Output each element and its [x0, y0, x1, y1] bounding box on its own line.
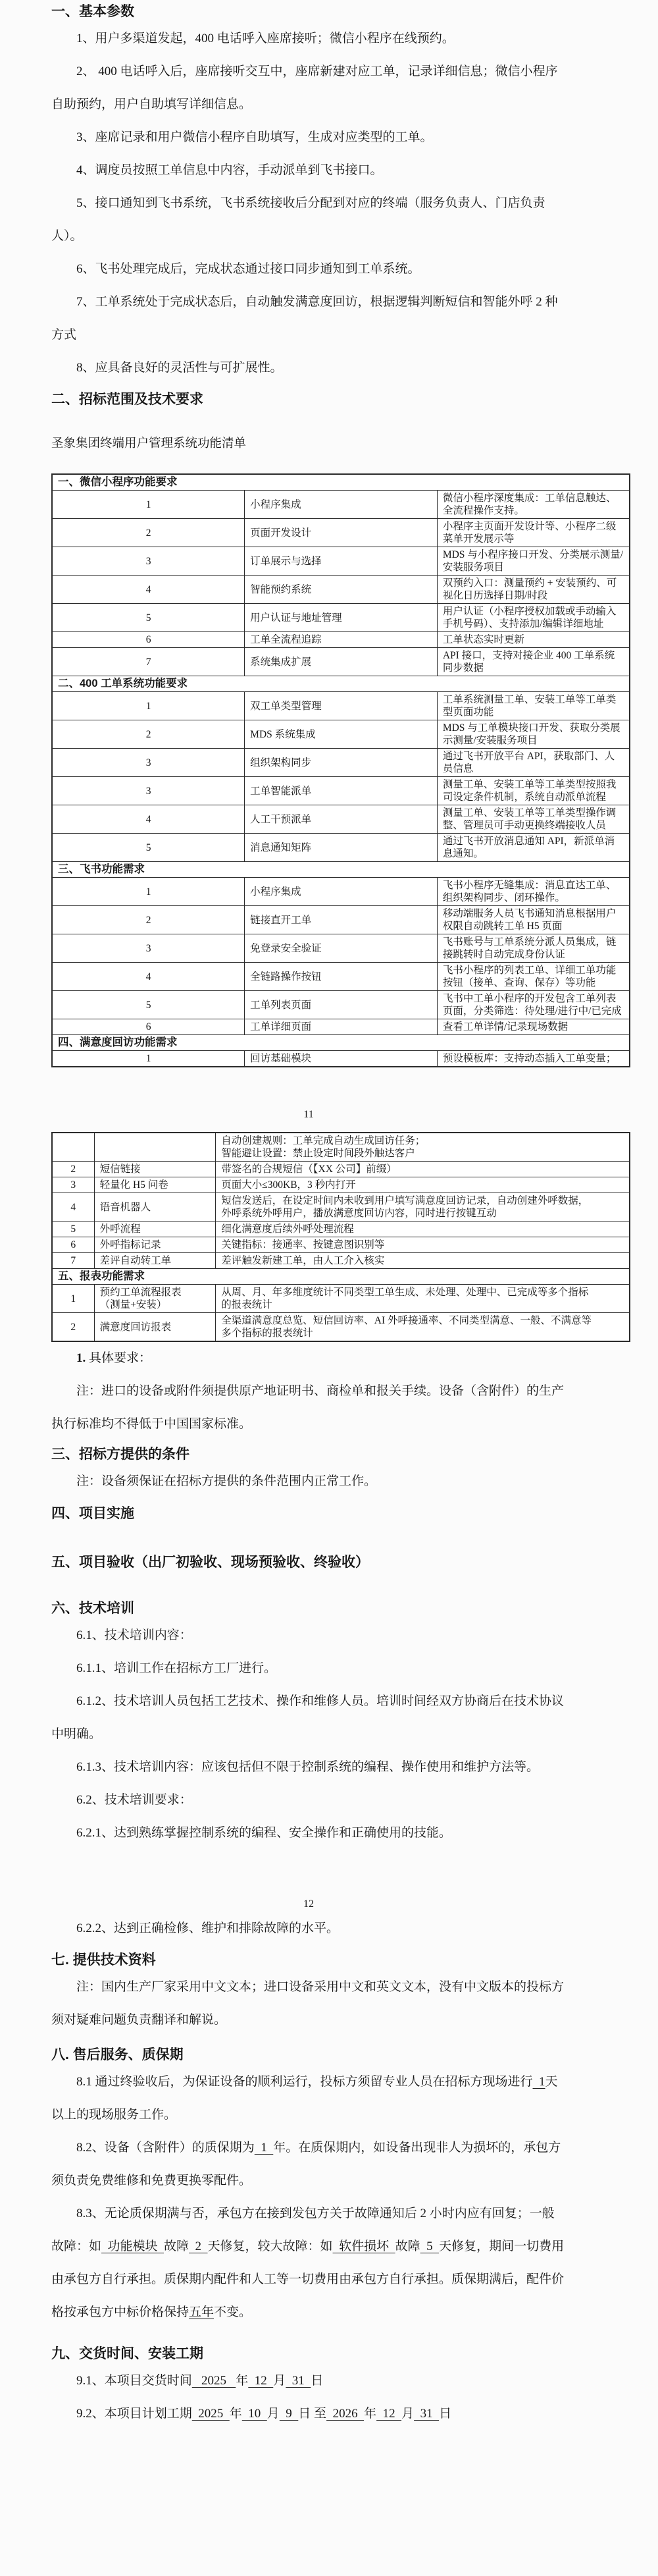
- cell-line: 6: [58, 633, 239, 646]
- feature-desc-cell: 预设模板库：支持动态插入工单变量；: [437, 1051, 630, 1067]
- cell-line: 轻量化 H5 问卷: [100, 1179, 211, 1191]
- feature-desc-cell: 飞书小程序的列表工单、详细工单功能按钮（接单、查询、保存）等功能: [437, 963, 630, 991]
- row-number-cell: 4: [52, 576, 245, 604]
- text-segment: 日 至: [298, 2407, 326, 2421]
- para-basic-2: 2、 400 电话呼入后，座席接听交互中，座席新建对应工单，记录详细信息；微信小…: [51, 55, 566, 121]
- text-segment: 月: [267, 2407, 280, 2421]
- blank-underline-value: 五年: [189, 2305, 214, 2319]
- row-number-cell: 1: [52, 1051, 245, 1067]
- feature-desc-cell: 短信发送后，在设定时间内未收到用户填写满意度回访记录，自动创建外呼数据，外呼系统…: [216, 1193, 630, 1221]
- text-segment: 年: [230, 2407, 242, 2421]
- cell-line: 3: [58, 785, 239, 797]
- cell-line: 2: [58, 1163, 89, 1175]
- cell-line: 多个指标的报表统计: [221, 1327, 624, 1339]
- table-row: 自动创建规则：工单完成自动生成回访任务；智能避让设置：禁止设定时间段外触达客户: [52, 1133, 630, 1162]
- feature-desc-cell: 测量工单、安装工单等工单类型按照我司设定条件机制，系统自动派单流程: [437, 777, 630, 805]
- note-condition: 注：设备须保证在招标方提供的条件范围内正常工作。: [51, 1465, 566, 1498]
- feature-name-cell: 双工单类型管理: [245, 692, 438, 720]
- cell-line: 预约工单流程报表: [100, 1286, 211, 1299]
- cell-line: 小程序集成: [250, 498, 432, 511]
- heading-aftersales: 八. 售后服务、质保期: [51, 2045, 617, 2066]
- para-basic-8: 8、应具备良好的灵活性与可扩展性。: [51, 352, 566, 385]
- cell-line: 5: [58, 842, 239, 854]
- feature-desc-cell: MDS 与小程序接口开发、分类展示测量/安装服务项目: [437, 547, 630, 576]
- text-segment: 1.: [76, 1351, 89, 1365]
- row-number-cell: 3: [52, 749, 245, 777]
- row-number-cell: 3: [52, 547, 245, 576]
- text-segment: 8.2、设备（含附件）的质保期为: [76, 2141, 255, 2155]
- table-section-row: 五、报表功能需求: [52, 1269, 630, 1285]
- table-row: 5消息通知矩阵通过飞书开放消息通知 API，新派单消息通知。: [52, 834, 630, 862]
- blank-underline-value: 31: [414, 2407, 439, 2421]
- feature-name-cell: 短信链接: [94, 1162, 216, 1177]
- cell-line: 带签名的合规短信（【XX 公司】前缀）: [221, 1163, 624, 1175]
- cell-line: 小程序主页面开发设计等、小程序二级菜单开发展示等: [443, 520, 624, 545]
- page-number-11: 11: [51, 1107, 566, 1123]
- document-page: 一、基本参数 1、用户多渠道发起，400 电话呼入座席接听；微信小程序在线预约。…: [0, 1, 658, 2430]
- text-segment: 9.1、本项目交货时间: [76, 2374, 192, 2388]
- heading-conditions: 三、招标方提供的条件: [51, 1444, 617, 1465]
- table-section-row: 一、微信小程序功能要求: [52, 474, 630, 491]
- table-caption: 圣象集团终端用户管理系统功能清单: [51, 434, 566, 454]
- feature-name-cell: 小程序集成: [245, 491, 438, 519]
- feature-desc-cell: 移动端服务人员飞书通知消息根据用户权限自动跳转工单 H5 页面: [437, 906, 630, 934]
- row-number-cell: 5: [52, 991, 245, 1019]
- cell-line: 链接直开工单: [250, 914, 432, 926]
- feature-name-cell: 回访基础模块: [245, 1051, 438, 1067]
- row-number-cell: 7: [52, 1253, 94, 1269]
- blank-underline-value: 9: [280, 2407, 299, 2421]
- row-number-cell: 1: [52, 491, 245, 519]
- row-number-cell: 4: [52, 963, 245, 991]
- cell-line: 飞书账号与工单系统分派人员集成，链接跳转时自动完成身份认证: [443, 936, 624, 961]
- cell-line: 1: [58, 498, 239, 511]
- cell-line: 用户认证与地址管理: [250, 612, 432, 624]
- section-header-cell: 三、飞书功能需求: [52, 862, 630, 878]
- para-delivery-9-2: 9.2、本项目计划工期 2025 年 10 月 9 日 至 2026 年 12 …: [51, 2398, 566, 2430]
- para-basic-4: 4、调度员按照工单信息中内容，手动派单到飞书接口。: [51, 154, 566, 187]
- row-number-cell: 7: [52, 648, 245, 676]
- feature-name-cell: 工单详细页面: [245, 1019, 438, 1035]
- feature-name-cell: 外呼流程: [94, 1221, 216, 1237]
- cell-line: 6: [58, 1021, 239, 1033]
- row-number-cell: 1: [52, 692, 245, 720]
- cell-line: 3: [58, 555, 239, 568]
- section-header-cell: 二、400 工单系统功能要求: [52, 676, 630, 692]
- text-segment: 不变。: [214, 2305, 251, 2319]
- cell-line: 7: [58, 656, 239, 668]
- cell-line: 差评自动转工单: [100, 1254, 211, 1267]
- feature-name-cell: 工单列表页面: [245, 991, 438, 1019]
- cell-line: 系统集成扩展: [250, 656, 432, 668]
- feature-desc-cell: 查看工单详情/记录现场数据: [437, 1019, 630, 1035]
- table-section-row: 四、满意度回访功能需求: [52, 1035, 630, 1051]
- feature-name-cell: 系统集成扩展: [245, 648, 438, 676]
- blank-underline-value: 2026: [326, 2407, 364, 2421]
- table-row: 2MDS 系统集成MDS 与工单模块接口开发、获取分类展示测量/安装服务项目: [52, 720, 630, 749]
- para-training-6-2-2: 6.2.2、达到正确检修、维护和排除故障的水平。: [51, 1912, 566, 1945]
- table-row: 5工单列表页面飞书中工单小程序的开发包含工单列表页面，分类筛选：待处理/进行中/…: [52, 991, 630, 1019]
- cell-line: 短信发送后，在设定时间内未收到用户填写满意度回访记录，自动创建外呼数据，: [221, 1194, 624, 1207]
- cell-line: 关键指标：接通率、按键意图识别等: [221, 1239, 624, 1251]
- feature-name-cell: 轻量化 H5 问卷: [94, 1177, 216, 1193]
- feature-name-cell: 链接直开工单: [245, 906, 438, 934]
- page-number-12: 12: [51, 1896, 566, 1912]
- cell-line: 细化满意度后续外呼处理流程: [221, 1223, 624, 1235]
- blank-underline-value: 10: [242, 2407, 267, 2421]
- cell-line: 1: [58, 886, 239, 898]
- cell-line: 5: [58, 612, 239, 624]
- table-row: 5外呼流程细化满意度后续外呼处理流程: [52, 1221, 630, 1237]
- para-training-6-2: 6.2、技术培训要求：: [51, 1784, 566, 1817]
- feature-name-cell: 页面开发设计: [245, 519, 438, 547]
- table-row: 3免登录安全验证飞书账号与工单系统分派人员集成，链接跳转时自动完成身份认证: [52, 934, 630, 963]
- note-import-equipment: 注：进口的设备或附件须提供原产地证明书、商检单和报关手续。设备（含附件）的生产执…: [51, 1375, 566, 1441]
- cell-line: 全渠道满意度总览、短信回访率、AI 外呼接通率、不同类型满意、一般、不满意等: [221, 1314, 624, 1327]
- cell-line: 工单系统测量工单、安装工单等工单类型页面功能: [443, 693, 624, 718]
- cell-line: 7: [58, 1254, 89, 1267]
- para-basic-1: 1、用户多渠道发起，400 电话呼入座席接听；微信小程序在线预约。: [51, 22, 566, 55]
- cell-line: 双预约入口：测量预约 + 安装预约、可视化日历选择日期/时段: [443, 577, 624, 602]
- para-training-6-1: 6.1、技术培训内容：: [51, 1619, 566, 1652]
- cell-line: 工单全流程追踪: [250, 633, 432, 646]
- blank-underline-value: 1: [255, 2141, 274, 2155]
- cell-line: MDS 与小程序接口开发、分类展示测量/安装服务项目: [443, 549, 624, 574]
- feature-desc-cell: 飞书账号与工单系统分派人员集成，链接跳转时自动完成身份认证: [437, 934, 630, 963]
- feature-name-cell: 差评自动转工单: [94, 1253, 216, 1269]
- table-row: 3订单展示与选择MDS 与小程序接口开发、分类展示测量/安装服务项目: [52, 547, 630, 576]
- blank-underline-value: 2025: [192, 2374, 236, 2388]
- heading-basic-params: 一、基本参数: [51, 1, 617, 22]
- cell-line: 人工干预派单: [250, 813, 432, 826]
- feature-name-cell: 人工干预派单: [245, 805, 438, 834]
- feature-name-cell: 小程序集成: [245, 878, 438, 906]
- cell-line: 飞书小程序的列表工单、详细工单功能按钮（接单、查询、保存）等功能: [443, 964, 624, 989]
- cell-line: MDS 系统集成: [250, 728, 432, 741]
- cell-line: 全链路操作按钮: [250, 971, 432, 983]
- table-row: 1小程序集成飞书小程序无缝集成：消息直达工单、组织架构同步、闭环操作。: [52, 878, 630, 906]
- row-number-cell: 3: [52, 1177, 94, 1193]
- table-row: 3组织架构同步通过飞书开放平台 API，获取部门、人员信息: [52, 749, 630, 777]
- para-basic-6: 6、飞书处理完成后，完成状态通过接口同步通知到工单系统。: [51, 253, 566, 286]
- feature-name-cell: 全链路操作按钮: [245, 963, 438, 991]
- feature-desc-cell: 自动创建规则：工单完成自动生成回访任务；智能避让设置：禁止设定时间段外触达客户: [216, 1133, 630, 1162]
- feature-name-cell: 工单智能派单: [245, 777, 438, 805]
- cell-line: 智能避让设置：禁止设定时间段外触达客户: [221, 1147, 624, 1160]
- text-segment: 8.1 通过终验收后，为保证设备的顺利运行，投标方须留专业人员在招标方现场进行: [76, 2075, 533, 2089]
- cell-line: 1: [58, 700, 239, 712]
- para-detail-requirements: 1. 具体要求：: [51, 1342, 566, 1375]
- section-header-cell: 四、满意度回访功能需求: [52, 1035, 630, 1051]
- cell-line: 2: [58, 1321, 89, 1333]
- text-segment: 月: [273, 2374, 286, 2388]
- feature-desc-cell: 飞书中工单小程序的开发包含工单列表页面，分类筛选：待处理/进行中/已完成: [437, 991, 630, 1019]
- heading-acceptance: 五、项目验收（出厂初验收、现场预验收、终验收）: [51, 1552, 617, 1573]
- feature-desc-cell: 用户认证（小程序授权加载或手动输入手机号码）、支持添加/编辑详细地址: [437, 604, 630, 632]
- cell-line: 5: [58, 1223, 89, 1235]
- feature-name-cell: 语音机器人: [94, 1193, 216, 1221]
- feature-name-cell: 智能预约系统: [245, 576, 438, 604]
- table-row: 7差评自动转工单差评触发新建工单，由人工介入核实: [52, 1253, 630, 1269]
- table-row: 6工单详细页面查看工单详情/记录现场数据: [52, 1019, 630, 1035]
- feature-name-cell: MDS 系统集成: [245, 720, 438, 749]
- row-number-cell: 2: [52, 1313, 94, 1342]
- cell-line: 4: [58, 971, 239, 983]
- table-section-row: 三、飞书功能需求: [52, 862, 630, 878]
- text-segment: 故障: [395, 2240, 420, 2253]
- row-number-cell: 2: [52, 720, 245, 749]
- text-segment: 日: [439, 2407, 451, 2421]
- table-row: 6工单全流程追踪工单状态实时更新: [52, 632, 630, 648]
- row-number-cell: 5: [52, 604, 245, 632]
- para-training-6-2-1: 6.2.1、达到熟练掌握控制系统的编程、安全操作和正确使用的技能。: [51, 1817, 566, 1850]
- section-header-cell: 一、微信小程序功能要求: [52, 474, 630, 491]
- blank-underline-value: 12: [248, 2374, 273, 2388]
- heading-training: 六、技术培训: [51, 1598, 617, 1619]
- table-row: 1双工单类型管理工单系统测量工单、安装工单等工单类型页面功能: [52, 692, 630, 720]
- table-row: 4智能预约系统双预约入口：测量预约 + 安装预约、可视化日历选择日期/时段: [52, 576, 630, 604]
- blank-underline-value: 功能模块: [101, 2240, 164, 2253]
- table-row: 1回访基础模块预设模板库：支持动态插入工单变量；: [52, 1051, 630, 1067]
- cell-line: 6: [58, 1239, 89, 1251]
- row-number-cell: 3: [52, 934, 245, 963]
- cell-line: 通过飞书开放消息通知 API，新派单消息通知。: [443, 835, 624, 860]
- cell-line: 2: [58, 527, 239, 539]
- feature-desc-cell: 关键指标：接通率、按键意图识别等: [216, 1237, 630, 1253]
- table-row: 7系统集成扩展API 接口，支持对接企业 400 工单系统同步数据: [52, 648, 630, 676]
- cell-line: 移动端服务人员飞书通知消息根据用户权限自动跳转工单 H5 页面: [443, 907, 624, 932]
- blank-underline-value: 5: [420, 2240, 440, 2253]
- cell-line: 测量工单、安装工单等工单类型操作调整、管理员可手动更换终端接收人员: [443, 807, 624, 832]
- para-basic-3: 3、座席记录和用户微信小程序自助填写，生成对应类型的工单。: [51, 121, 566, 154]
- row-number-cell: 2: [52, 519, 245, 547]
- table-row: 2链接直开工单移动端服务人员飞书通知消息根据用户权限自动跳转工单 H5 页面: [52, 906, 630, 934]
- feature-desc-cell: MDS 与工单模块接口开发、获取分类展示测量/安装服务项目: [437, 720, 630, 749]
- functions-table-2: 自动创建规则：工单完成自动生成回访任务；智能避让设置：禁止设定时间段外触达客户2…: [51, 1132, 630, 1342]
- feature-desc-cell: 页面大小≤300KB，3 秒内打开: [216, 1177, 630, 1193]
- row-number-cell: [52, 1133, 94, 1162]
- blank-underline-value: 软件损坏: [333, 2240, 395, 2253]
- row-number-cell: 2: [52, 906, 245, 934]
- cell-line: 3: [58, 942, 239, 955]
- row-number-cell: 5: [52, 834, 245, 862]
- feature-desc-cell: 测量工单、安装工单等工单类型操作调整、管理员可手动更换终端接收人员: [437, 805, 630, 834]
- feature-desc-cell: API 接口，支持对接企业 400 工单系统同步数据: [437, 648, 630, 676]
- feature-desc-cell: 微信小程序深度集成：工单信息触达、全流程操作支持。: [437, 491, 630, 519]
- cell-line: 1: [58, 1052, 239, 1065]
- blank-underline-value: 1: [533, 2075, 545, 2089]
- cell-line: 预设模板库：支持动态插入工单变量；: [443, 1052, 624, 1065]
- heading-implementation: 四、项目实施: [51, 1503, 617, 1524]
- section-header-cell: 五、报表功能需求: [52, 1269, 630, 1285]
- row-number-cell: 4: [52, 805, 245, 834]
- text-segment: 年: [364, 2407, 376, 2421]
- cell-line: 消息通知矩阵: [250, 842, 432, 854]
- row-number-cell: 1: [52, 1285, 94, 1313]
- cell-line: 小程序集成: [250, 886, 432, 898]
- feature-name-cell: 用户认证与地址管理: [245, 604, 438, 632]
- note-technical-docs: 注：国内生产厂家采用中文文本；进口设备采用中文和英文文本，没有中文版本的投标方须…: [51, 1971, 566, 2037]
- cell-line: 免登录安全验证: [250, 942, 432, 955]
- functions-table-1: 一、微信小程序功能要求1小程序集成微信小程序深度集成：工单信息触达、全流程操作支…: [51, 473, 630, 1067]
- feature-desc-cell: 飞书小程序无缝集成：消息直达工单、组织架构同步、闭环操作。: [437, 878, 630, 906]
- table-section-row: 二、400 工单系统功能要求: [52, 676, 630, 692]
- table-row: 5用户认证与地址管理用户认证（小程序授权加载或手动输入手机号码）、支持添加/编辑…: [52, 604, 630, 632]
- heading-technical-docs: 七. 提供技术资料: [51, 1950, 617, 1971]
- para-basic-7: 7、工单系统处于完成状态后，自动触发满意度回访，根据逻辑判断短信和智能外呼 2 …: [51, 286, 566, 352]
- table-row: 3工单智能派单测量工单、安装工单等工单类型按照我司设定条件机制，系统自动派单流程: [52, 777, 630, 805]
- feature-name-cell: 预约工单流程报表（测量+安装）: [94, 1285, 216, 1313]
- cell-line: 通过飞书开放平台 API，获取部门、人员信息: [443, 750, 624, 775]
- cell-line: 的报表统计: [221, 1299, 624, 1311]
- text-segment: 年: [236, 2374, 248, 2388]
- cell-line: 外呼系统外呼用户，播放满意度回访内容，同时进行按键互动: [221, 1207, 624, 1220]
- cell-line: 4: [58, 813, 239, 826]
- row-number-cell: 6: [52, 1019, 245, 1035]
- cell-line: API 接口，支持对接企业 400 工单系统同步数据: [443, 649, 624, 674]
- cell-line: 5: [58, 999, 239, 1011]
- cell-line: 工单状态实时更新: [443, 633, 624, 646]
- cell-line: 外呼流程: [100, 1223, 211, 1235]
- para-delivery-9-1: 9.1、本项目交货时间 2025 年 12 月 31 日: [51, 2365, 566, 2398]
- table-row: 3轻量化 H5 问卷页面大小≤300KB，3 秒内打开: [52, 1177, 630, 1193]
- feature-desc-cell: 差评触发新建工单，由人工介入核实: [216, 1253, 630, 1269]
- cell-line: 从周、月、年多维度统计不同类型工单生成、未处理、处理中、已完成等多个指标: [221, 1286, 624, 1299]
- feature-desc-cell: 带签名的合规短信（【XX 公司】前缀）: [216, 1162, 630, 1177]
- cell-line: 语音机器人: [100, 1201, 211, 1214]
- table-row: 4全链路操作按钮飞书小程序的列表工单、详细工单功能按钮（接单、查询、保存）等功能: [52, 963, 630, 991]
- table-row: 2满意度回访报表全渠道满意度总览、短信回访率、AI 外呼接通率、不同类型满意、一…: [52, 1313, 630, 1342]
- cell-line: 测量工单、安装工单等工单类型按照我司设定条件机制，系统自动派单流程: [443, 778, 624, 803]
- table-row: 1小程序集成微信小程序深度集成：工单信息触达、全流程操作支持。: [52, 491, 630, 519]
- feature-name-cell: [94, 1133, 216, 1162]
- feature-name-cell: 工单全流程追踪: [245, 632, 438, 648]
- blank-underline-value: 2: [189, 2240, 208, 2253]
- cell-line: 自动创建规则：工单完成自动生成回访任务；: [221, 1135, 624, 1147]
- feature-desc-cell: 工单状态实时更新: [437, 632, 630, 648]
- para-aftersales-8-2: 8.2、设备（含附件）的质保期为 1 年。在质保期内，如设备出现非人为损坏的，承…: [51, 2132, 566, 2197]
- cell-line: （测量+安装）: [100, 1299, 211, 1311]
- blank-underline-value: 31: [286, 2374, 311, 2388]
- para-training-6-1-1: 6.1.1、培训工作在招标方工厂进行。: [51, 1652, 566, 1685]
- feature-desc-cell: 双预约入口：测量预约 + 安装预约、可视化日历选择日期/时段: [437, 576, 630, 604]
- cell-line: 2: [58, 914, 239, 926]
- heading-delivery: 九、交货时间、安装工期: [51, 2344, 617, 2365]
- cell-line: 工单智能派单: [250, 785, 432, 797]
- feature-name-cell: 免登录安全验证: [245, 934, 438, 963]
- table-row: 1预约工单流程报表（测量+安装）从周、月、年多维度统计不同类型工单生成、未处理、…: [52, 1285, 630, 1313]
- feature-desc-cell: 通过飞书开放消息通知 API，新派单消息通知。: [437, 834, 630, 862]
- cell-line: 查看工单详情/记录现场数据: [443, 1021, 624, 1033]
- cell-line: 满意度回访报表: [100, 1321, 211, 1333]
- row-number-cell: 2: [52, 1162, 94, 1177]
- cell-line: 3: [58, 1179, 89, 1191]
- cell-line: 页面大小≤300KB，3 秒内打开: [221, 1179, 624, 1191]
- text-segment: 9.2、本项目计划工期: [76, 2407, 192, 2421]
- blank-underline-value: 12: [376, 2407, 401, 2421]
- cell-line: 3: [58, 757, 239, 769]
- cell-line: 差评触发新建工单，由人工介入核实: [221, 1254, 624, 1267]
- table-row: 2短信链接带签名的合规短信（【XX 公司】前缀）: [52, 1162, 630, 1177]
- cell-line: 智能预约系统: [250, 583, 432, 596]
- text-segment: 天修复，较大故障：如: [208, 2240, 333, 2253]
- cell-line: 1: [58, 1293, 89, 1305]
- para-aftersales-8-1: 8.1 通过终验收后，为保证设备的顺利运行，投标方须留专业人员在招标方现场进行 …: [51, 2066, 566, 2132]
- table-row: 2页面开发设计小程序主页面开发设计等、小程序二级菜单开发展示等: [52, 519, 630, 547]
- feature-name-cell: 订单展示与选择: [245, 547, 438, 576]
- cell-line: 双工单类型管理: [250, 700, 432, 712]
- cell-line: 用户认证（小程序授权加载或手动输入手机号码）、支持添加/编辑详细地址: [443, 605, 624, 630]
- para-aftersales-8-3: 8.3、无论质保期满与否，承包方在接到发包方关于故障通知后 2 小时内应有回复；…: [51, 2197, 566, 2329]
- cell-line: 工单列表页面: [250, 999, 432, 1011]
- cell-line: 订单展示与选择: [250, 555, 432, 568]
- table-row: 4人工干预派单测量工单、安装工单等工单类型操作调整、管理员可手动更换终端接收人员: [52, 805, 630, 834]
- heading-scope: 二、招标范围及技术要求: [51, 389, 617, 410]
- cell-line: 工单详细页面: [250, 1021, 432, 1033]
- cell-line: 组织架构同步: [250, 757, 432, 769]
- row-number-cell: 5: [52, 1221, 94, 1237]
- feature-name-cell: 满意度回访报表: [94, 1313, 216, 1342]
- text-segment: 故障: [164, 2240, 189, 2253]
- para-training-6-1-2: 6.1.2、技术培训人员包括工艺技术、操作和维修人员。培训时间经双方协商后在技术…: [51, 1685, 566, 1751]
- blank-underline-value: 2025: [192, 2407, 230, 2421]
- cell-line: MDS 与工单模块接口开发、获取分类展示测量/安装服务项目: [443, 722, 624, 747]
- cell-line: 回访基础模块: [250, 1052, 432, 1065]
- text-segment: 月: [401, 2407, 414, 2421]
- table-row: 6外呼指标记录关键指标：接通率、按键意图识别等: [52, 1237, 630, 1253]
- cell-line: 4: [58, 1201, 89, 1214]
- para-basic-5: 5、接口通知到飞书系统，飞书系统接收后分配到对应的终端（服务负责人、门店负责人）…: [51, 187, 566, 253]
- feature-desc-cell: 通过飞书开放平台 API，获取部门、人员信息: [437, 749, 630, 777]
- row-number-cell: 1: [52, 878, 245, 906]
- cell-line: 2: [58, 728, 239, 741]
- cell-line: 4: [58, 583, 239, 596]
- text-segment: 具体要求：: [89, 1351, 151, 1365]
- feature-name-cell: 外呼指标记录: [94, 1237, 216, 1253]
- feature-desc-cell: 全渠道满意度总览、短信回访率、AI 外呼接通率、不同类型满意、一般、不满意等多个…: [216, 1313, 630, 1342]
- cell-line: 页面开发设计: [250, 527, 432, 539]
- feature-desc-cell: 小程序主页面开发设计等、小程序二级菜单开发展示等: [437, 519, 630, 547]
- feature-desc-cell: 工单系统测量工单、安装工单等工单类型页面功能: [437, 692, 630, 720]
- row-number-cell: 4: [52, 1193, 94, 1221]
- feature-name-cell: 消息通知矩阵: [245, 834, 438, 862]
- cell-line: 飞书中工单小程序的开发包含工单列表页面，分类筛选：待处理/进行中/已完成: [443, 992, 624, 1017]
- para-training-6-1-3: 6.1.3、技术培训内容：应该包括但不限于控制系统的编程、操作使用和维护方法等。: [51, 1751, 566, 1784]
- cell-line: 短信链接: [100, 1163, 211, 1175]
- text-segment: 日: [311, 2374, 323, 2388]
- feature-desc-cell: 细化满意度后续外呼处理流程: [216, 1221, 630, 1237]
- row-number-cell: 6: [52, 1237, 94, 1253]
- feature-desc-cell: 从周、月、年多维度统计不同类型工单生成、未处理、处理中、已完成等多个指标的报表统…: [216, 1285, 630, 1313]
- row-number-cell: 3: [52, 777, 245, 805]
- cell-line: 外呼指标记录: [100, 1239, 211, 1251]
- feature-name-cell: 组织架构同步: [245, 749, 438, 777]
- row-number-cell: 6: [52, 632, 245, 648]
- cell-line: 微信小程序深度集成：工单信息触达、全流程操作支持。: [443, 492, 624, 517]
- cell-line: 飞书小程序无缝集成：消息直达工单、组织架构同步、闭环操作。: [443, 879, 624, 904]
- table-row: 4语音机器人短信发送后，在设定时间内未收到用户填写满意度回访记录，自动创建外呼数…: [52, 1193, 630, 1221]
